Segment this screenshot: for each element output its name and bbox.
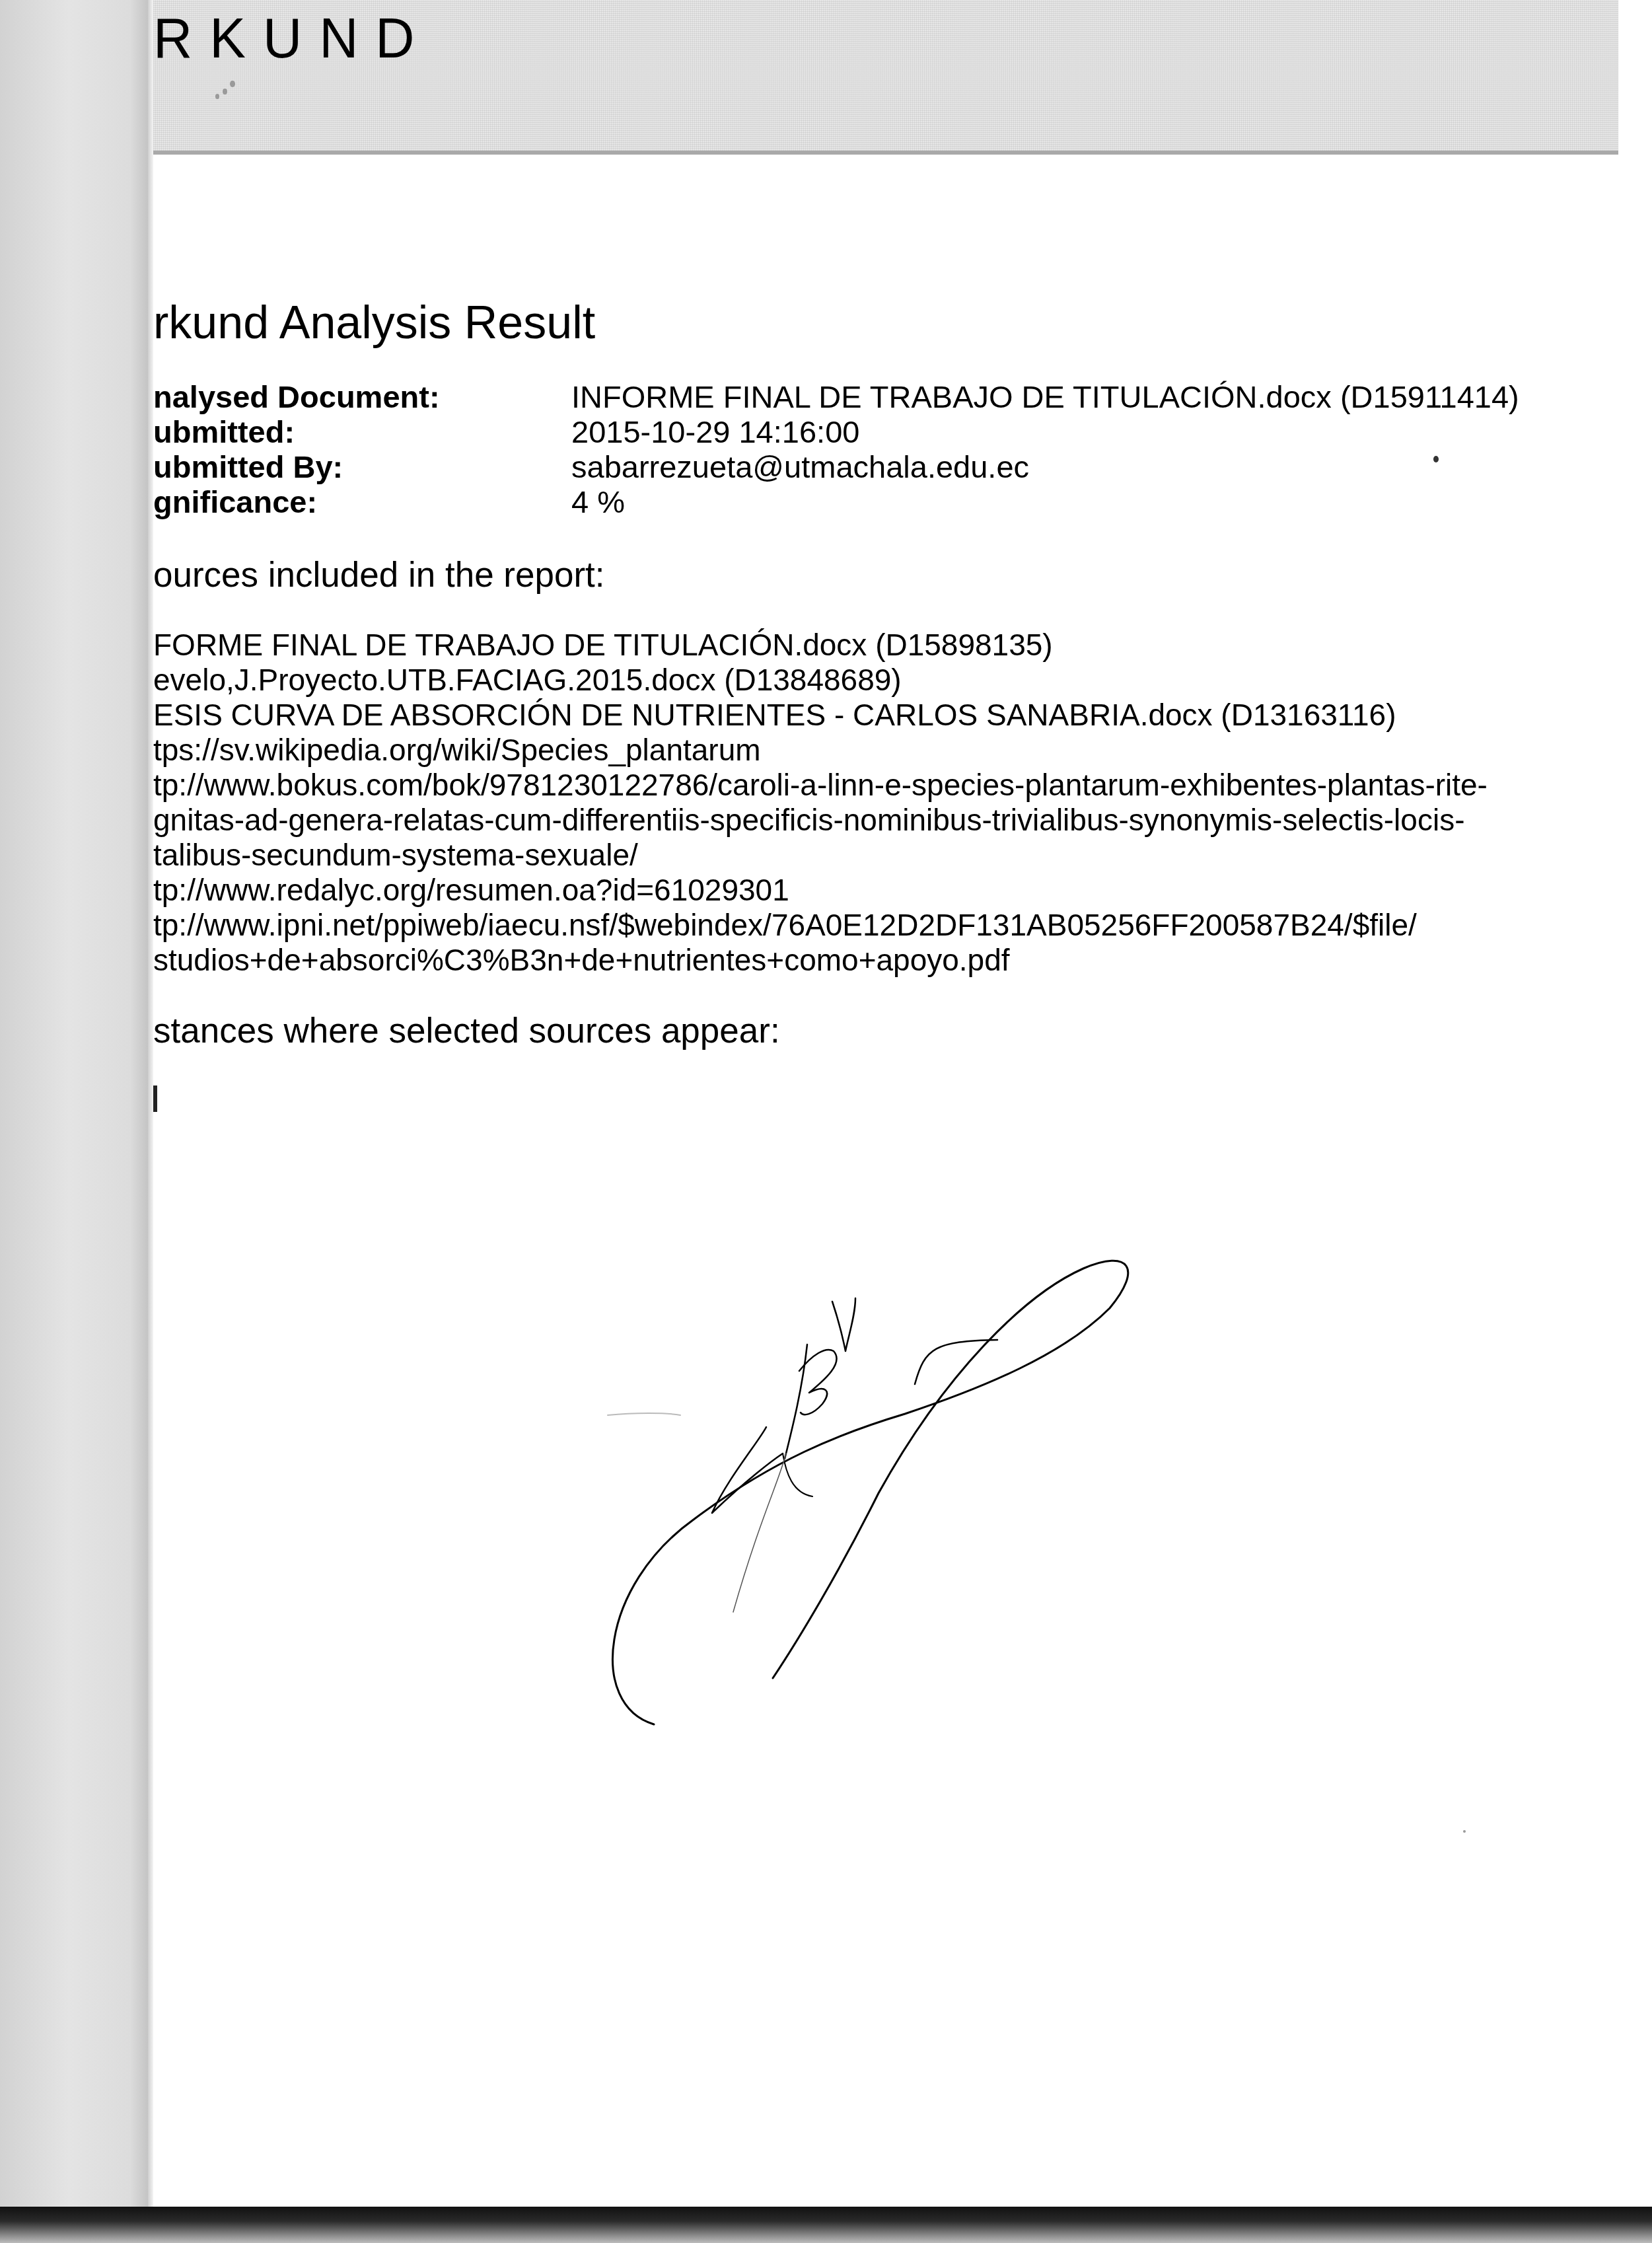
source-item: tps://sv.wikipedia.org/wiki/Species_plan… [153,733,1488,768]
metadata-label: nalysed Document: [153,379,440,415]
source-item: FORME FINAL DE TRABAJO DE TITULACIÓN.doc… [153,628,1488,663]
scan-bottom-edge [0,2207,1652,2243]
source-item: tp://www.redalyc.org/resumen.oa?id=61029… [153,873,1488,908]
scan-speck [1433,456,1439,462]
source-item: tp://www.bokus.com/bok/9781230122786/car… [153,768,1488,803]
page-edge [148,0,153,2207]
source-item: tp://www.ipni.net/ppiweb/iaecu.nsf/$webi… [153,908,1488,943]
scan-speck [1463,1830,1466,1833]
metadata-value: 4 % [571,484,625,520]
metadata-label: ubmitted: [153,414,295,450]
metadata-value: INFORME FINAL DE TRABAJO DE TITULACIÓN.d… [571,379,1519,415]
source-item: talibus-secundum-systema-sexuale/ [153,838,1488,873]
source-item: ESIS CURVA DE ABSORCIÓN DE NUTRIENTES - … [153,698,1488,733]
metadata-value: 2015-10-29 14:16:00 [571,414,859,450]
source-item: gnitas-ad-genera-relatas-cum-differentii… [153,803,1488,838]
metadata-value: sabarrezueta@utmachala.edu.ec [571,449,1029,485]
page-title: rkund Analysis Result [153,296,595,349]
sources-list: FORME FINAL DE TRABAJO DE TITULACIÓN.doc… [153,628,1488,978]
instances-heading: stances where selected sources appear: [153,1011,780,1051]
metadata-label: ubmitted By: [153,449,343,485]
source-item: studios+de+absorci%C3%B3n+de+nutrientes+… [153,943,1488,978]
source-item: evelo,J.Proyecto.UTB.FACIAG.2015.docx (D… [153,663,1488,698]
cropped-text-fragment [153,1085,157,1112]
metadata-label: gnificance: [153,484,317,520]
sources-heading: ources included in the report: [153,555,605,595]
handwritten-signature [561,1242,1156,1744]
scan-page-edge-shadow [0,0,153,2207]
urkund-logo: RKUND [153,7,432,72]
